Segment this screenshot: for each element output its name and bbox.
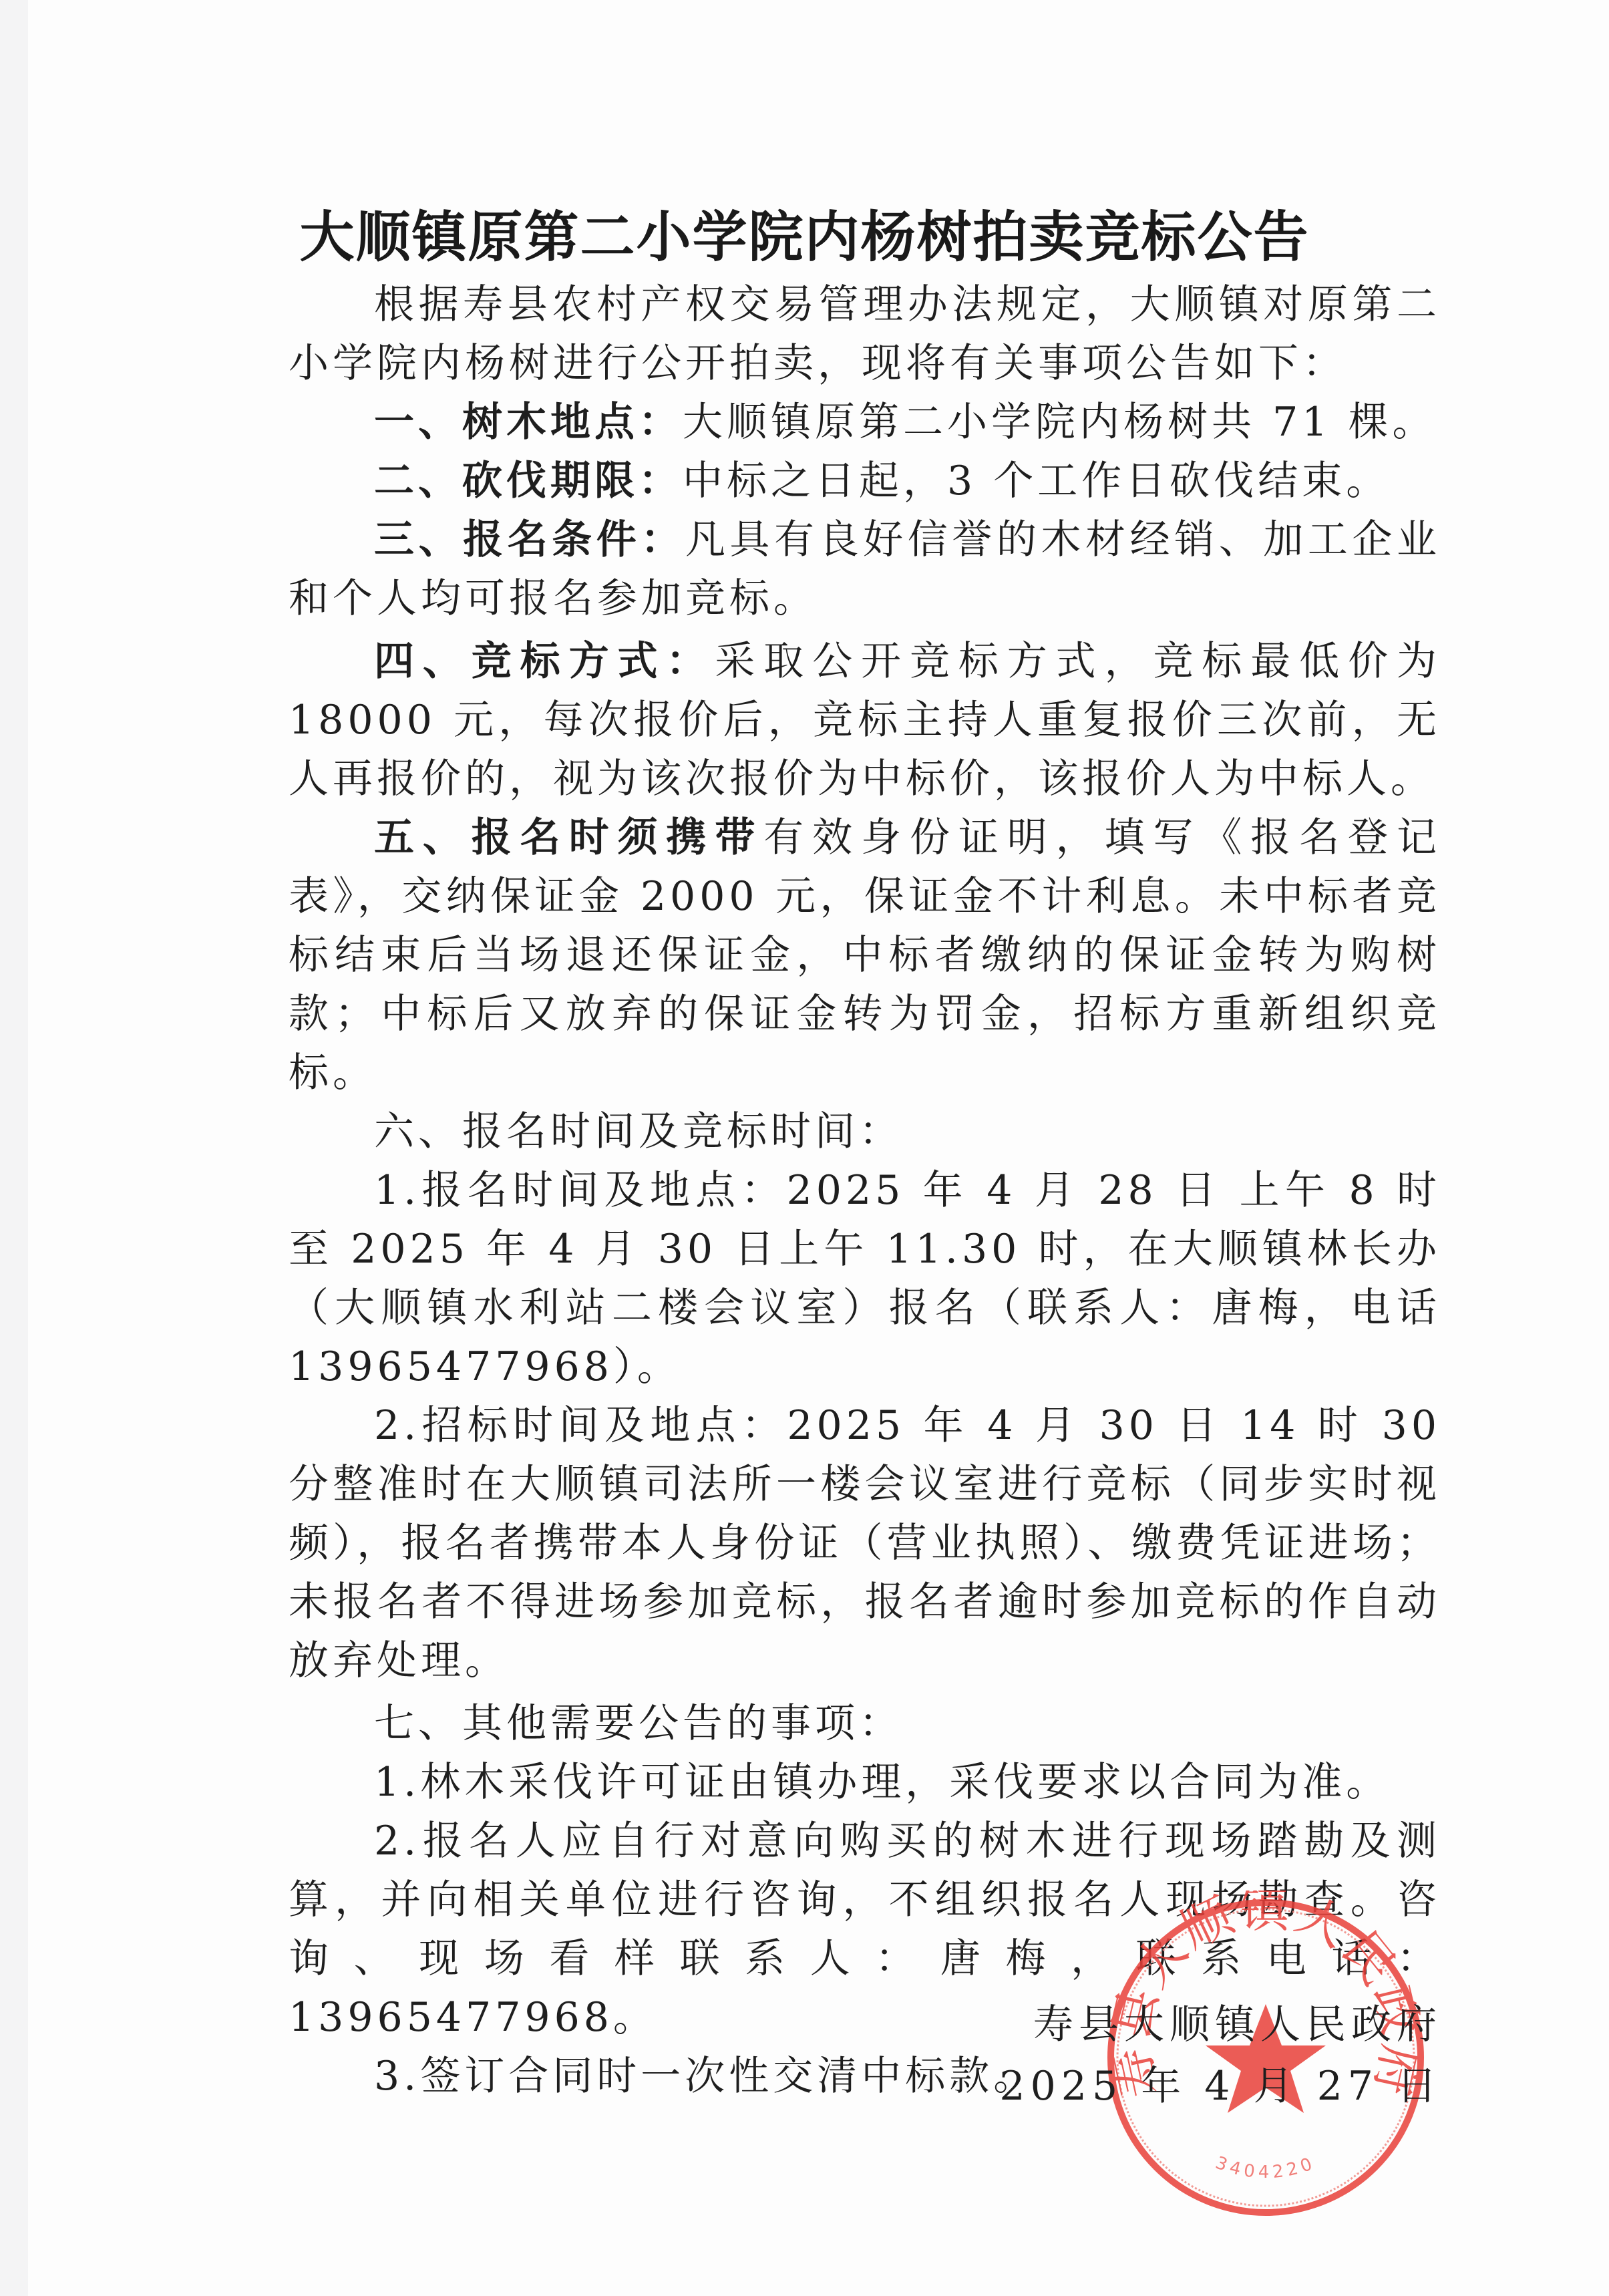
section-cutting-period: 二、砍伐期限：中标之日起，3 个工作日砍伐结束。: [289, 452, 1441, 510]
section-bidding-method: 四、竞标方式：采取公开竞标方式，竞标最低价为 18000 元，每次报价后，竞标主…: [289, 632, 1441, 808]
section-eligibility: 三、报名条件：凡具有良好信誉的木材经销、加工企业和个人均可报名参加竞标。: [289, 510, 1441, 628]
other-item-permit: 1.林木采伐许可证由镇办理，采伐要求以合同为准。: [289, 1753, 1441, 1812]
document-title: 大顺镇原第二小学院内杨树拍卖竞标公告: [0, 194, 1609, 272]
item-lead: 2.招标时间及地点：: [374, 1402, 787, 1449]
section-lead: 五、报名时须携带: [374, 814, 763, 861]
section-text: 大顺镇原第二小学院内杨树共 71 棵。: [683, 399, 1437, 446]
signature-block: 寿县大顺镇人民政府 2025 年 4 月 27 日: [999, 1994, 1442, 2117]
schedule-item-bidding: 2.招标时间及地点：2025 年 4 月 30 日 14 时 30 分整准时在大…: [289, 1396, 1441, 1690]
issue-date: 2025 年 4 月 27 日: [999, 2056, 1442, 2117]
section-registration-requirements: 五、报名时须携带有效身份证明，填写《报名登记表》，交纳保证金 2000 元，保证…: [289, 808, 1441, 1102]
section-lead: 二、砍伐期限：: [374, 458, 683, 504]
scan-edge: [0, 0, 28, 2296]
schedule-item-registration: 1.报名时间及地点：2025 年 4 月 28 日 上午 8 时至 2025 年…: [289, 1161, 1441, 1396]
section-lead: 一、树木地点：: [374, 399, 683, 446]
section-other-matters-heading: 七、其他需要公告的事项：: [289, 1694, 1441, 1753]
section-lead: 三、报名条件：: [374, 516, 685, 563]
section-schedule-heading: 六、报名时间及竞标时间：: [289, 1102, 1441, 1161]
intro-paragraph: 根据寿县农村产权交易管理办法规定，大顺镇对原第二小学院内杨树进行公开拍卖，现将有…: [289, 275, 1441, 393]
section-lead: 四、竞标方式：: [374, 638, 715, 685]
section-location: 一、树木地点：大顺镇原第二小学院内杨树共 71 棵。: [289, 393, 1441, 452]
issuer-name: 寿县大顺镇人民政府: [999, 1994, 1442, 2056]
document-body: 根据寿县农村产权交易管理办法规定，大顺镇对原第二小学院内杨树进行公开拍卖，现将有…: [289, 275, 1441, 2106]
seal-number: 3404220: [1213, 2153, 1319, 2182]
section-text: 中标之日起，3 个工作日砍伐结束。: [683, 458, 1390, 504]
item-lead: 1.报名时间及地点：: [374, 1167, 787, 1214]
